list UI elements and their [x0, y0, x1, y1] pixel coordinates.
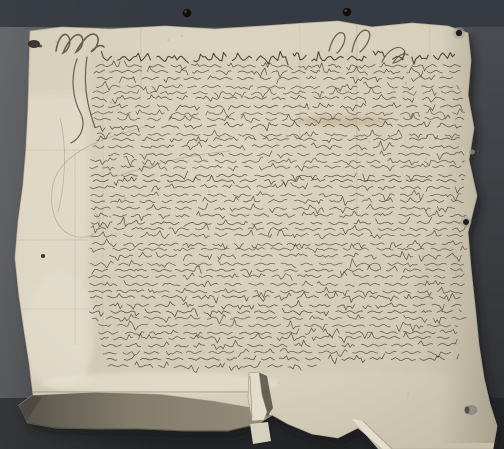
- hole-hole-2: [456, 30, 462, 36]
- speck: [208, 190, 210, 192]
- speck: [56, 41, 58, 43]
- speck: [109, 216, 111, 218]
- speck: [405, 82, 407, 84]
- speck: [368, 140, 370, 142]
- speck: [407, 393, 409, 395]
- speck: [278, 382, 280, 384]
- speck: [332, 258, 334, 260]
- speck: [167, 39, 169, 41]
- speck: [425, 158, 427, 160]
- speck: [117, 109, 119, 111]
- speck: [146, 346, 147, 347]
- speck: [317, 217, 318, 218]
- pin-rim-2: [344, 9, 347, 12]
- speck: [221, 176, 222, 177]
- hole-seal-stain-6-core: [465, 406, 470, 414]
- tag-stub: [250, 422, 271, 444]
- speck: [349, 51, 350, 52]
- charter-scene: [0, 0, 504, 449]
- pin-hole-2: [343, 8, 352, 17]
- pin-rim-1: [184, 10, 187, 13]
- hole-ink-blot-1-b: [38, 45, 42, 48]
- speck: [203, 352, 204, 353]
- speck: [455, 274, 457, 276]
- stain-4: [415, 230, 465, 370]
- speck: [110, 101, 112, 103]
- speck: [92, 125, 93, 126]
- speck: [144, 154, 145, 155]
- backdrop-top-band: [0, 0, 504, 27]
- hole-hole-3: [463, 219, 469, 225]
- hole-stain-spot-5: [469, 150, 475, 155]
- pin-hole-1: [183, 9, 192, 18]
- speck: [233, 185, 235, 187]
- speck: [210, 307, 212, 309]
- hole-pin-hole-4: [41, 254, 45, 258]
- stain-3: [25, 270, 95, 390]
- speck: [99, 308, 101, 310]
- speck: [158, 246, 160, 248]
- speck: [182, 35, 183, 36]
- speck: [124, 198, 126, 200]
- speck: [260, 259, 262, 261]
- charter-photo: [0, 0, 504, 449]
- speck: [83, 286, 84, 287]
- speck: [118, 335, 119, 336]
- speck: [100, 128, 101, 129]
